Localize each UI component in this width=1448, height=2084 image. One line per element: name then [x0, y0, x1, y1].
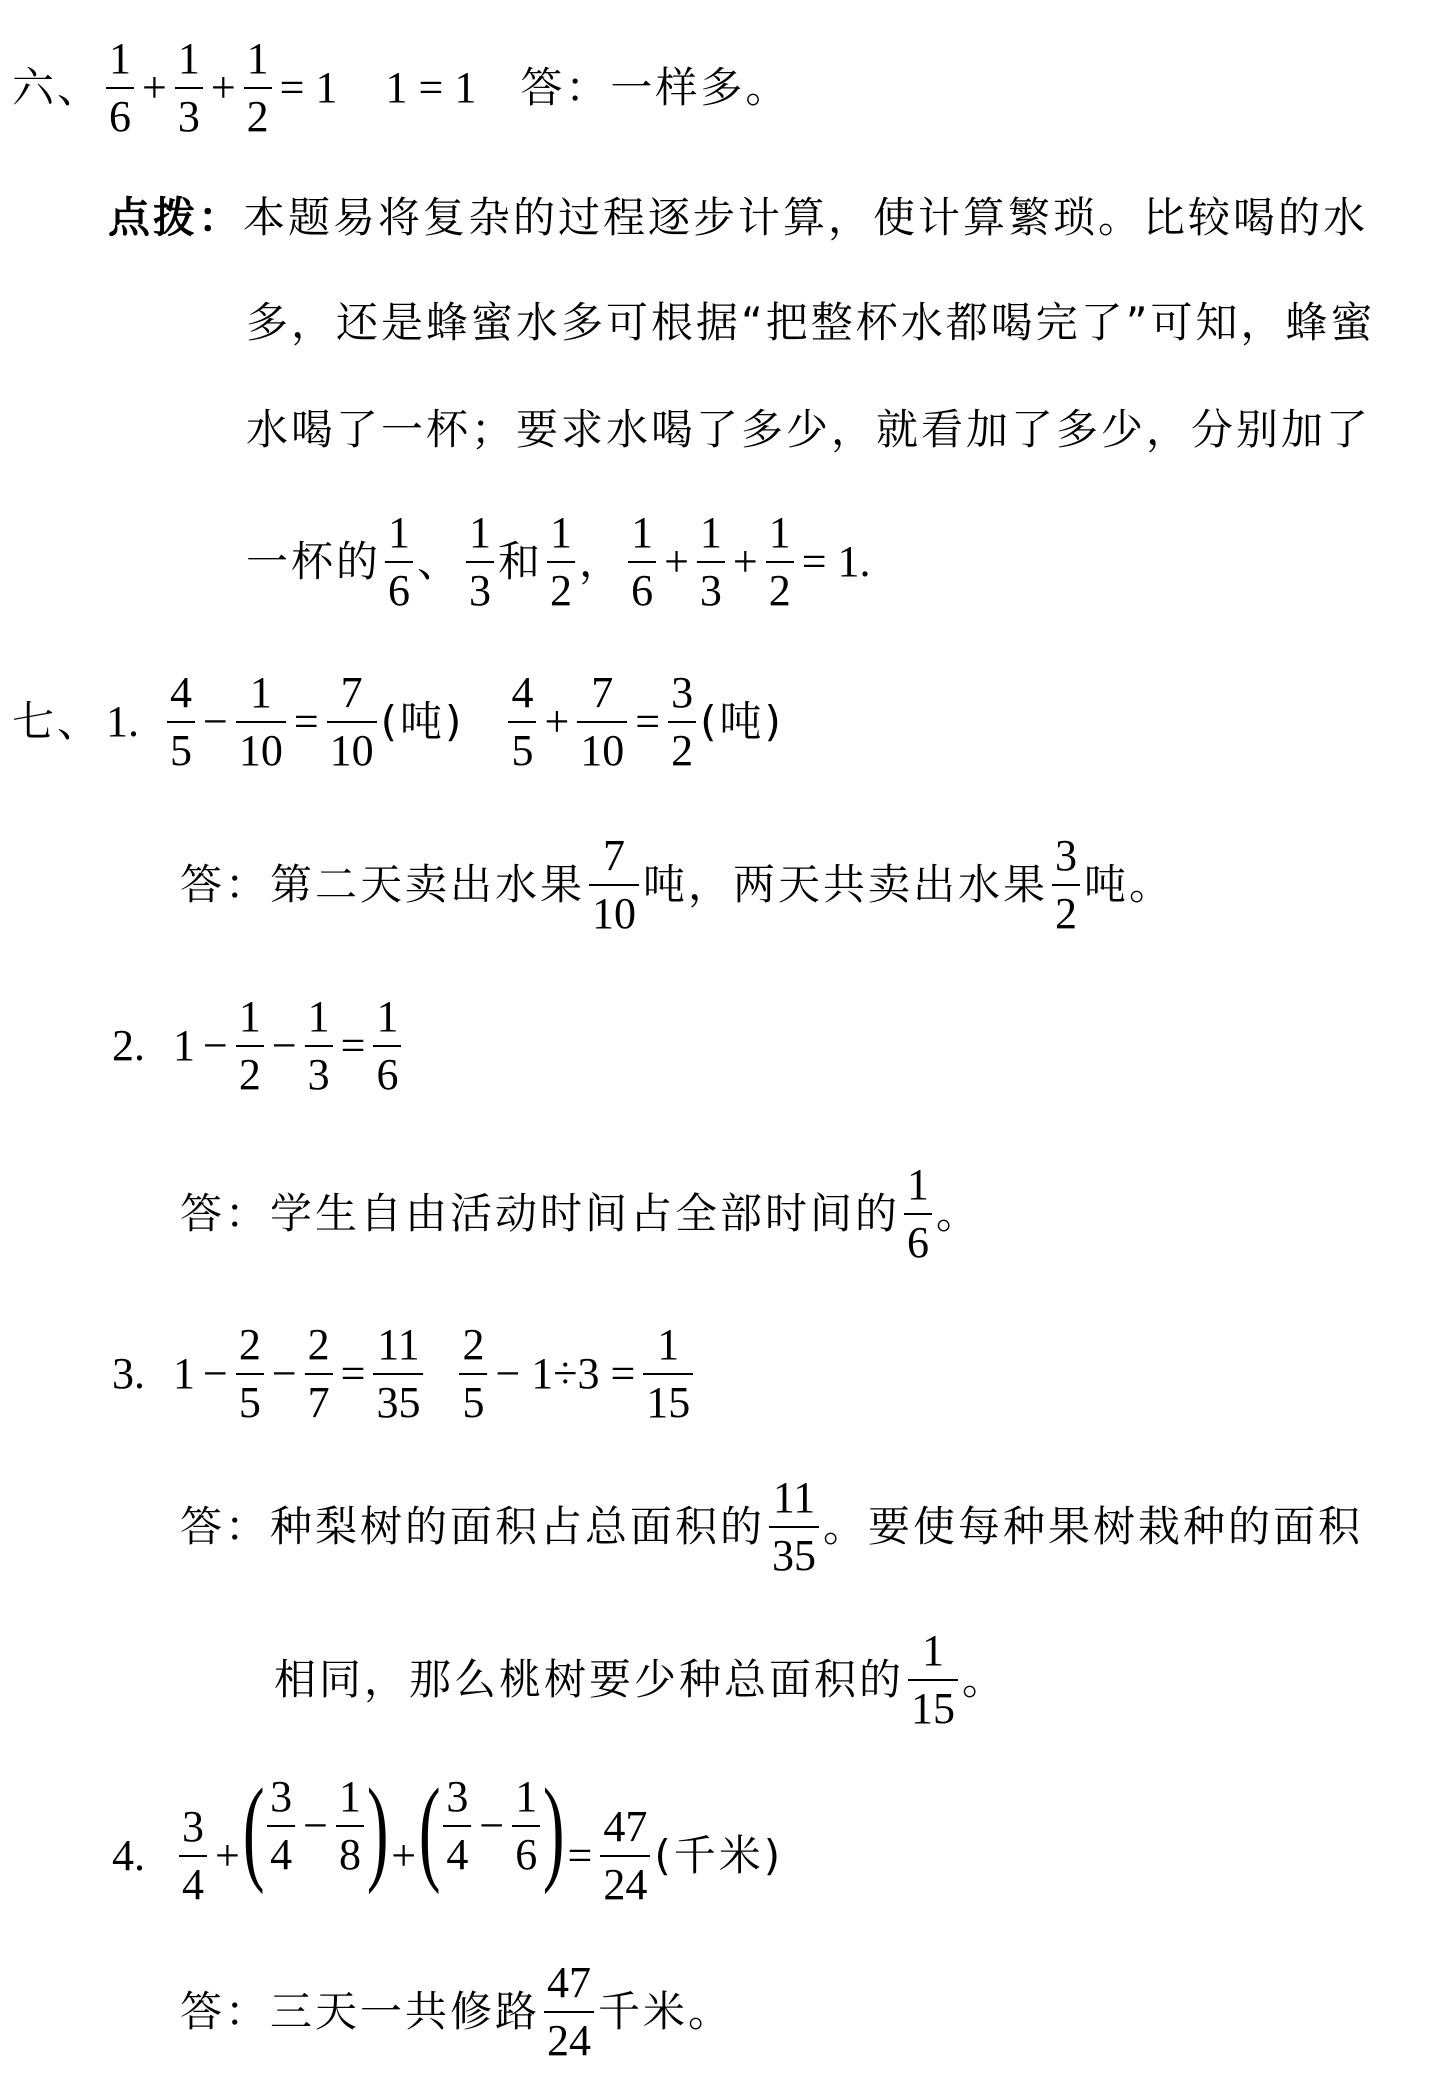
conjunction: 和 [498, 541, 543, 583]
hint-text: 水喝了一杯；要求水喝了多少，就看加了多少，分别加了 [246, 409, 1371, 451]
fraction: 1135 [769, 1476, 819, 1578]
answer-text: 相同，那么桃树要少种总面积的 [274, 1659, 904, 1701]
fraction: 710 [589, 834, 639, 936]
fraction: 110 [236, 671, 286, 773]
operator: + [664, 540, 689, 584]
section-label: 七、 [12, 701, 102, 743]
hint-text: 本题易将复杂的过程逐步计算，使计算繁琐。比较喝的水 [243, 197, 1368, 239]
fraction: 4724 [600, 1805, 650, 1907]
operator: + [142, 66, 167, 110]
result: = 1. [802, 540, 871, 584]
answer-text: 。 [962, 1659, 1007, 1701]
question-number: 4. [112, 1834, 145, 1878]
question-number: 1. [106, 700, 139, 744]
answer-text: 千米。 [598, 1991, 733, 2033]
fraction: 16 [385, 511, 413, 613]
operator: + [733, 540, 758, 584]
operator: − [479, 1804, 504, 1848]
operator: − 1÷3 = [495, 1352, 635, 1396]
fraction: 16 [373, 995, 401, 1097]
operator: − [203, 1352, 228, 1396]
fraction: 32 [668, 671, 696, 773]
operator: − [272, 1024, 297, 1068]
fraction: 115 [908, 1629, 958, 1731]
fraction: 16 [512, 1775, 540, 1877]
operator: − [203, 700, 228, 744]
operator: = [341, 1352, 366, 1396]
fraction: 16 [628, 511, 656, 613]
operator: = [294, 700, 319, 744]
fraction: 45 [508, 671, 536, 773]
separator: ， [579, 541, 624, 583]
answer-text: 答：一样多。 [520, 67, 790, 109]
question-number: 2. [112, 1024, 145, 1068]
fraction: 32 [1052, 834, 1080, 936]
hint-text: 多，还是蜂蜜水多可根据“把整杯水都喝完了”可知，蜂蜜 [246, 302, 1376, 344]
answer-text: 答：种梨树的面积占总面积的 [180, 1506, 765, 1548]
fraction: 13 [697, 511, 725, 613]
parenthesized-group: ( 34 − 18 ) [244, 1767, 387, 1885]
fraction: 13 [466, 511, 494, 613]
operator: + [391, 1834, 416, 1878]
comparison: 1 = 1 [386, 66, 477, 110]
fraction: 16 [106, 37, 134, 139]
fraction: 13 [175, 37, 203, 139]
operator: + [544, 700, 569, 744]
operator: = [635, 700, 660, 744]
fraction: 710 [327, 671, 377, 773]
unit: (千米) [654, 1835, 783, 1877]
operator: − [303, 1804, 328, 1848]
answer-text: 。要使每种果树栽种的面积 [823, 1506, 1363, 1548]
fraction: 16 [904, 1163, 932, 1265]
fraction: 34 [443, 1775, 471, 1877]
left-paren: ( [419, 1771, 441, 1889]
fraction: 25 [459, 1323, 487, 1425]
separator: 、 [417, 541, 462, 583]
answer-text: 答：学生自由活动时间占全部时间的 [180, 1193, 900, 1235]
result: = 1 [280, 66, 338, 110]
answer-text: 。 [936, 1193, 981, 1235]
question-number: 3. [112, 1352, 145, 1396]
fraction: 12 [547, 511, 575, 613]
number: 1 [173, 1352, 195, 1396]
answer-text: 答：三天一共修路 [180, 1991, 540, 2033]
fraction: 13 [305, 995, 333, 1097]
operator: + [215, 1834, 240, 1878]
answer-text: 答：第二天卖出水果 [180, 864, 585, 906]
fraction: 710 [577, 671, 627, 773]
fraction: 18 [336, 1775, 364, 1877]
operator: − [203, 1024, 228, 1068]
right-paren: ) [543, 1771, 565, 1889]
right-paren: ) [367, 1771, 389, 1889]
answer-text: 吨，两天共卖出水果 [643, 864, 1048, 906]
unit: (吨) [700, 701, 784, 743]
fraction: 34 [267, 1775, 295, 1877]
operator: = [341, 1024, 366, 1068]
fraction: 12 [244, 37, 272, 139]
unit: (吨) [381, 701, 465, 743]
fraction: 115 [643, 1323, 693, 1425]
fraction: 34 [179, 1805, 207, 1907]
fraction: 12 [766, 511, 794, 613]
hint-label: 点拨： [108, 197, 243, 239]
hint-text: 一杯的 [246, 541, 381, 583]
left-paren: ( [243, 1771, 265, 1889]
fraction: 12 [236, 995, 264, 1097]
section-label: 六、 [12, 67, 102, 109]
fraction: 45 [167, 671, 195, 773]
parenthesized-group: ( 34 − 16 ) [420, 1767, 563, 1885]
operator: = [568, 1834, 593, 1878]
fraction: 1135 [373, 1323, 423, 1425]
fraction: 4724 [544, 1961, 594, 2063]
fraction: 25 [236, 1323, 264, 1425]
number: 1 [173, 1024, 195, 1068]
fraction: 27 [305, 1323, 333, 1425]
operator: + [211, 66, 236, 110]
answer-text: 吨。 [1084, 864, 1174, 906]
operator: − [272, 1352, 297, 1396]
